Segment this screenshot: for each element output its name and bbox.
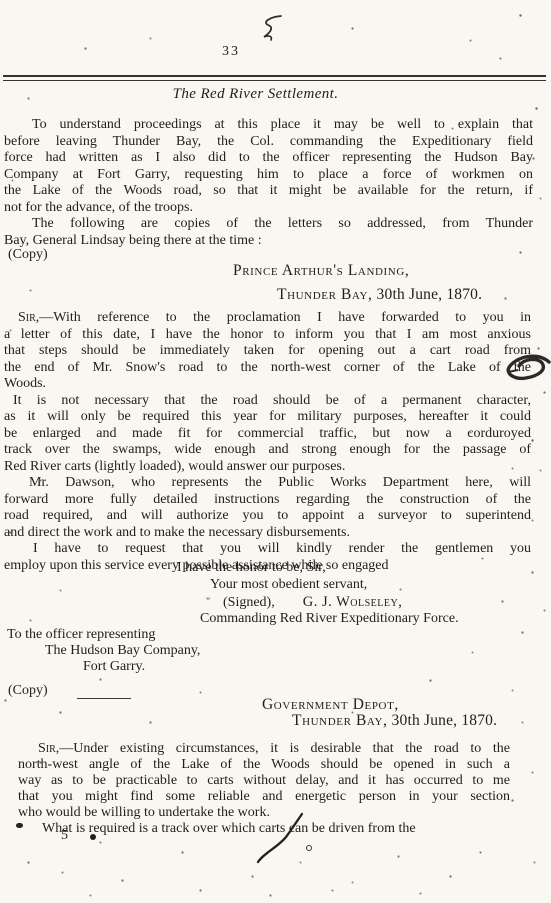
text-line: before leaving Thunder Bay, the Col. com… — [4, 134, 533, 151]
ink-dot-mark — [90, 834, 96, 840]
letter1-paragraph: It is not necessary that the road should… — [4, 393, 531, 476]
copy-label: (Copy) — [8, 683, 48, 699]
text-line: force had written as I also did to the o… — [4, 150, 533, 167]
text-line: road required, and will authorize you to… — [4, 508, 531, 525]
text-line: Red River carts (lightly loaded), would … — [4, 459, 531, 476]
letter1-paragraph: Sir,—With reference to the proclamation … — [4, 310, 531, 393]
text-line: forward more fully detailed instructions… — [4, 492, 531, 509]
text-line: way as to be practicable to carts withou… — [18, 773, 510, 789]
header-rule-bottom — [3, 80, 546, 81]
text-line: the Lake of the Woods road, so that it m… — [4, 183, 533, 200]
text-line: a letter of this date, I have the honor … — [4, 327, 531, 344]
text-line: Mr. Dawson, who represents the Public Wo… — [4, 475, 531, 492]
text-line: north-west angle of the Lake of the Wood… — [18, 757, 510, 773]
address-line: The Hudson Bay Company, — [45, 643, 200, 659]
letter1-date: 30th June, 1870. — [372, 286, 482, 303]
ink-dot-mark — [16, 823, 23, 828]
letter1-dateline: Thunder Bay, 30th June, 1870. — [277, 286, 482, 304]
closing-line: Your most obedient servant, — [210, 577, 367, 593]
scanned-document-page: 33 The Red River Settlement. To understa… — [0, 0, 551, 903]
document-title: The Red River Settlement. — [0, 86, 511, 103]
letter1-place: Prince Arthur's Landing, — [233, 262, 409, 280]
letter1-body: Sir,—With reference to the proclamation … — [4, 310, 531, 574]
text-line: The following are copies of the letters … — [4, 216, 533, 233]
text-line: Sir,—Under existing circumstances, it is… — [18, 741, 510, 757]
page-number: 33 — [222, 44, 240, 60]
text-line: track over the swamps, wide enough and s… — [4, 442, 531, 459]
text-line: Sir,—With reference to the proclamation … — [4, 310, 531, 327]
signed-title: Commanding Red River Expeditionary Force… — [200, 611, 459, 627]
signed-name: G. J. Wolseley, — [303, 594, 403, 610]
text-line: To understand proceedings at this place … — [4, 117, 533, 134]
ink-circle-mark — [306, 845, 312, 851]
text-line: and direct the work and to make the nece… — [4, 525, 531, 542]
scan-speckles — [0, 0, 1, 1]
signature-row: (Signed),G. J. Wolseley, — [223, 594, 402, 611]
intro-paragraph: The following are copies of the letters … — [4, 216, 533, 249]
text-line: It is not necessary that the road should… — [4, 393, 531, 410]
letter2-date-place: Thunder Bay, — [292, 712, 387, 729]
signature-number: 5 — [61, 828, 68, 844]
text-line: not for the advance, of the troops. — [4, 200, 533, 217]
text-line: Woods. — [4, 376, 531, 393]
ink-smudge-mark — [504, 350, 551, 398]
address-line: To the officer representing — [7, 627, 155, 643]
copy-label: (Copy) — [8, 247, 48, 263]
text-line: be enlarged and made fit for commercial … — [4, 426, 531, 443]
ink-flick-mark: ” — [206, 596, 210, 606]
signed-label: (Signed), — [223, 595, 275, 610]
text-line: the end of Mr. Snow's road to the north-… — [4, 360, 531, 377]
intro-paragraph: To understand proceedings at this place … — [4, 117, 533, 216]
ink-squiggle-mark — [258, 14, 284, 42]
letter2-date: 30th June, 1870. — [387, 712, 497, 729]
header-rule-top — [3, 75, 546, 77]
short-rule — [77, 698, 131, 699]
text-line: Company at Fort Garry, requesting him to… — [4, 167, 533, 184]
address-line: Fort Garry. — [83, 659, 145, 675]
intro-section: To understand proceedings at this place … — [4, 117, 533, 249]
letter1-paragraph: Mr. Dawson, who represents the Public Wo… — [4, 475, 531, 541]
letter1-date-place: Thunder Bay, — [277, 286, 372, 303]
closing-line: I have the honor to be, Sir, — [177, 560, 326, 576]
salutation: Sir — [38, 741, 56, 756]
letter2-paragraph: Sir,—Under existing circumstances, it is… — [18, 741, 510, 821]
salutation: Sir — [18, 310, 36, 325]
text-line: as it will only be required this year fo… — [4, 409, 531, 426]
letter2-dateline: Thunder Bay, 30th June, 1870. — [292, 712, 497, 730]
text-line: that you might find some reliable and en… — [18, 789, 510, 805]
text-line: that steps should be immediately taken f… — [4, 343, 531, 360]
text-line: I have to request that you will kindly r… — [4, 541, 531, 558]
pen-stroke-mark — [254, 812, 304, 864]
text-line: Bay, General Lindsay being there at the … — [4, 233, 533, 250]
